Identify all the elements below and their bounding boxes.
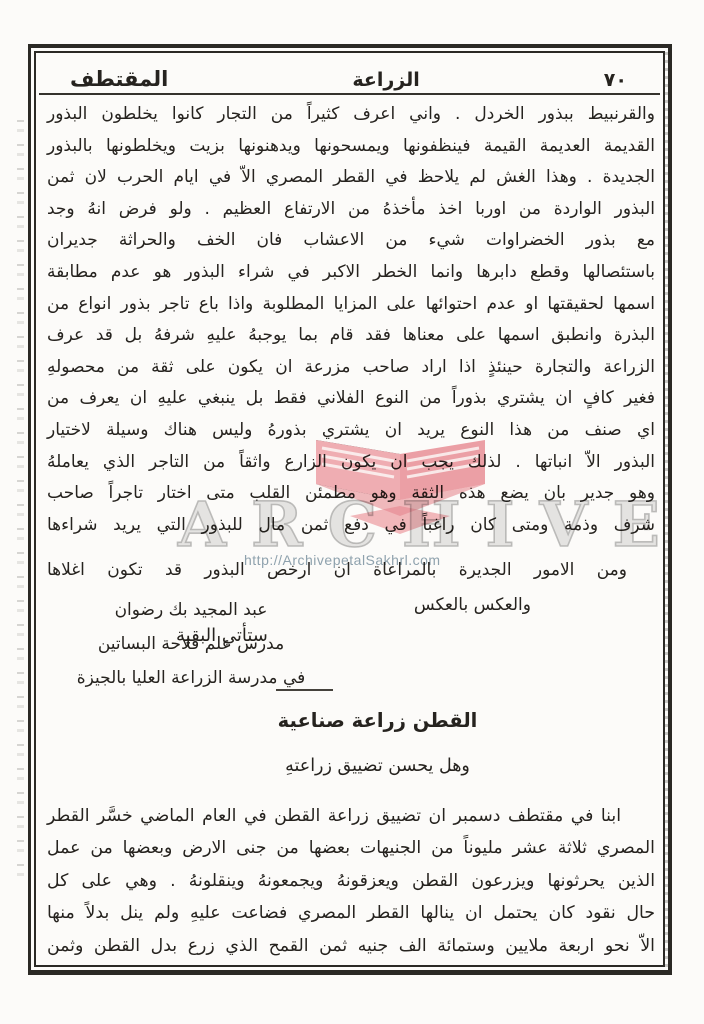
body-text-line: الذين يحرثونها ويزرعون القطن ويعزقونهُ و…: [47, 865, 655, 897]
article2-paragraph: ابنا في مقتطف دسمبر ان تضييق زراعة القطن…: [47, 800, 655, 962]
page-border-outer: ٧٠ الزراعة المقتطف والقرنبيط ببذور الخرد…: [28, 44, 672, 975]
section-divider: [276, 689, 333, 691]
page-content: ٧٠ الزراعة المقتطف والقرنبيط ببذور الخرد…: [36, 53, 663, 965]
body-text-line: وهو جدير بان يضع هذه الثقة وهو مطمئن الق…: [47, 478, 655, 510]
body-text-line: البذرة وانطبق اسمها على معناها فقد قام ب…: [47, 320, 655, 352]
body-text-line: شرف وذمة ومتى كان راغباً في دفع ثمن مال …: [47, 510, 655, 542]
page-number: ٧٠: [604, 69, 627, 91]
body-text-line: الزراعة والتجارة حينئذٍ اذا اراد صاحب مز…: [47, 352, 655, 384]
body-text-line: البذور الواردة من اوربا اخذ مأخذهُ من ال…: [47, 194, 655, 226]
header-rule: [39, 93, 660, 95]
article2-subtitle: وهل يحسن تضييق زراعتهِ: [64, 756, 691, 776]
journal-title: المقتطف: [70, 67, 168, 91]
body-text-line: البذور الاّ انباتها . لذلك يجب ان يكون ا…: [47, 447, 655, 479]
body-text-line: القديمة العديمة القيمة فينظفونها ويمسحون…: [47, 131, 655, 163]
author-role: مدرس علم فلاحة البساتين: [41, 627, 341, 661]
body-text-line: حال نقود كان يحتمل ان ينالها القطر المصر…: [47, 897, 655, 929]
body-text-line: المصري ثلاثة عشر مليوناً من الجنيهات بعض…: [47, 832, 655, 864]
body-text-line: مع بذور الخضراوات شيء من الاعشاب فان الخ…: [47, 225, 655, 257]
section-title: الزراعة: [352, 69, 419, 91]
body-text-line: ابنا في مقتطف دسمبر ان تضييق زراعة القطن…: [47, 800, 655, 832]
article2-title: القطن زراعة صناعية: [64, 709, 691, 732]
body-text-line: والقرنبيط ببذور الخردل . واني اعرف كثيرا…: [47, 99, 655, 131]
body-text-line: اي صنف من هذا النوع يريد ان يشتري بذورهُ…: [47, 415, 655, 447]
scan-noise-left-edge: [17, 120, 24, 880]
article1-closing-line: ومن الامور الجديرة بالمراعاة ان ارخص الب…: [47, 555, 655, 585]
body-text-line: اسمها لحقيقتها او عدم احتوائها على المزا…: [47, 289, 655, 321]
body-text-line: الاّ نحو اربعة ملايين وستمائة الف جنيه ث…: [47, 930, 655, 962]
body-text-line: باستئصالها وقطع دابرها وانما الخطر الاكب…: [47, 257, 655, 289]
author-signature-block: عبد المجيد بك رضوان مدرس علم فلاحة البسا…: [41, 593, 341, 695]
scanned-magazine-page: ٧٠ الزراعة المقتطف والقرنبيط ببذور الخرد…: [0, 0, 704, 1024]
body-text-line: فغير كافٍ ان يشتري بذوراً من النوع الفلا…: [47, 383, 655, 415]
page-header: ٧٠ الزراعة المقتطف: [70, 59, 627, 91]
page-border-inner: ٧٠ الزراعة المقتطف والقرنبيط ببذور الخرد…: [34, 51, 665, 967]
article1-paragraph: والقرنبيط ببذور الخردل . واني اعرف كثيرا…: [47, 99, 655, 541]
body-text-line: الجديدة . وهذا الغش لم يلاحظ في القطر ال…: [47, 162, 655, 194]
author-name: عبد المجيد بك رضوان: [41, 593, 341, 627]
scan-noise-right-border: [664, 52, 669, 970]
article1-closing-line: والعكس بالعكس: [414, 590, 531, 620]
